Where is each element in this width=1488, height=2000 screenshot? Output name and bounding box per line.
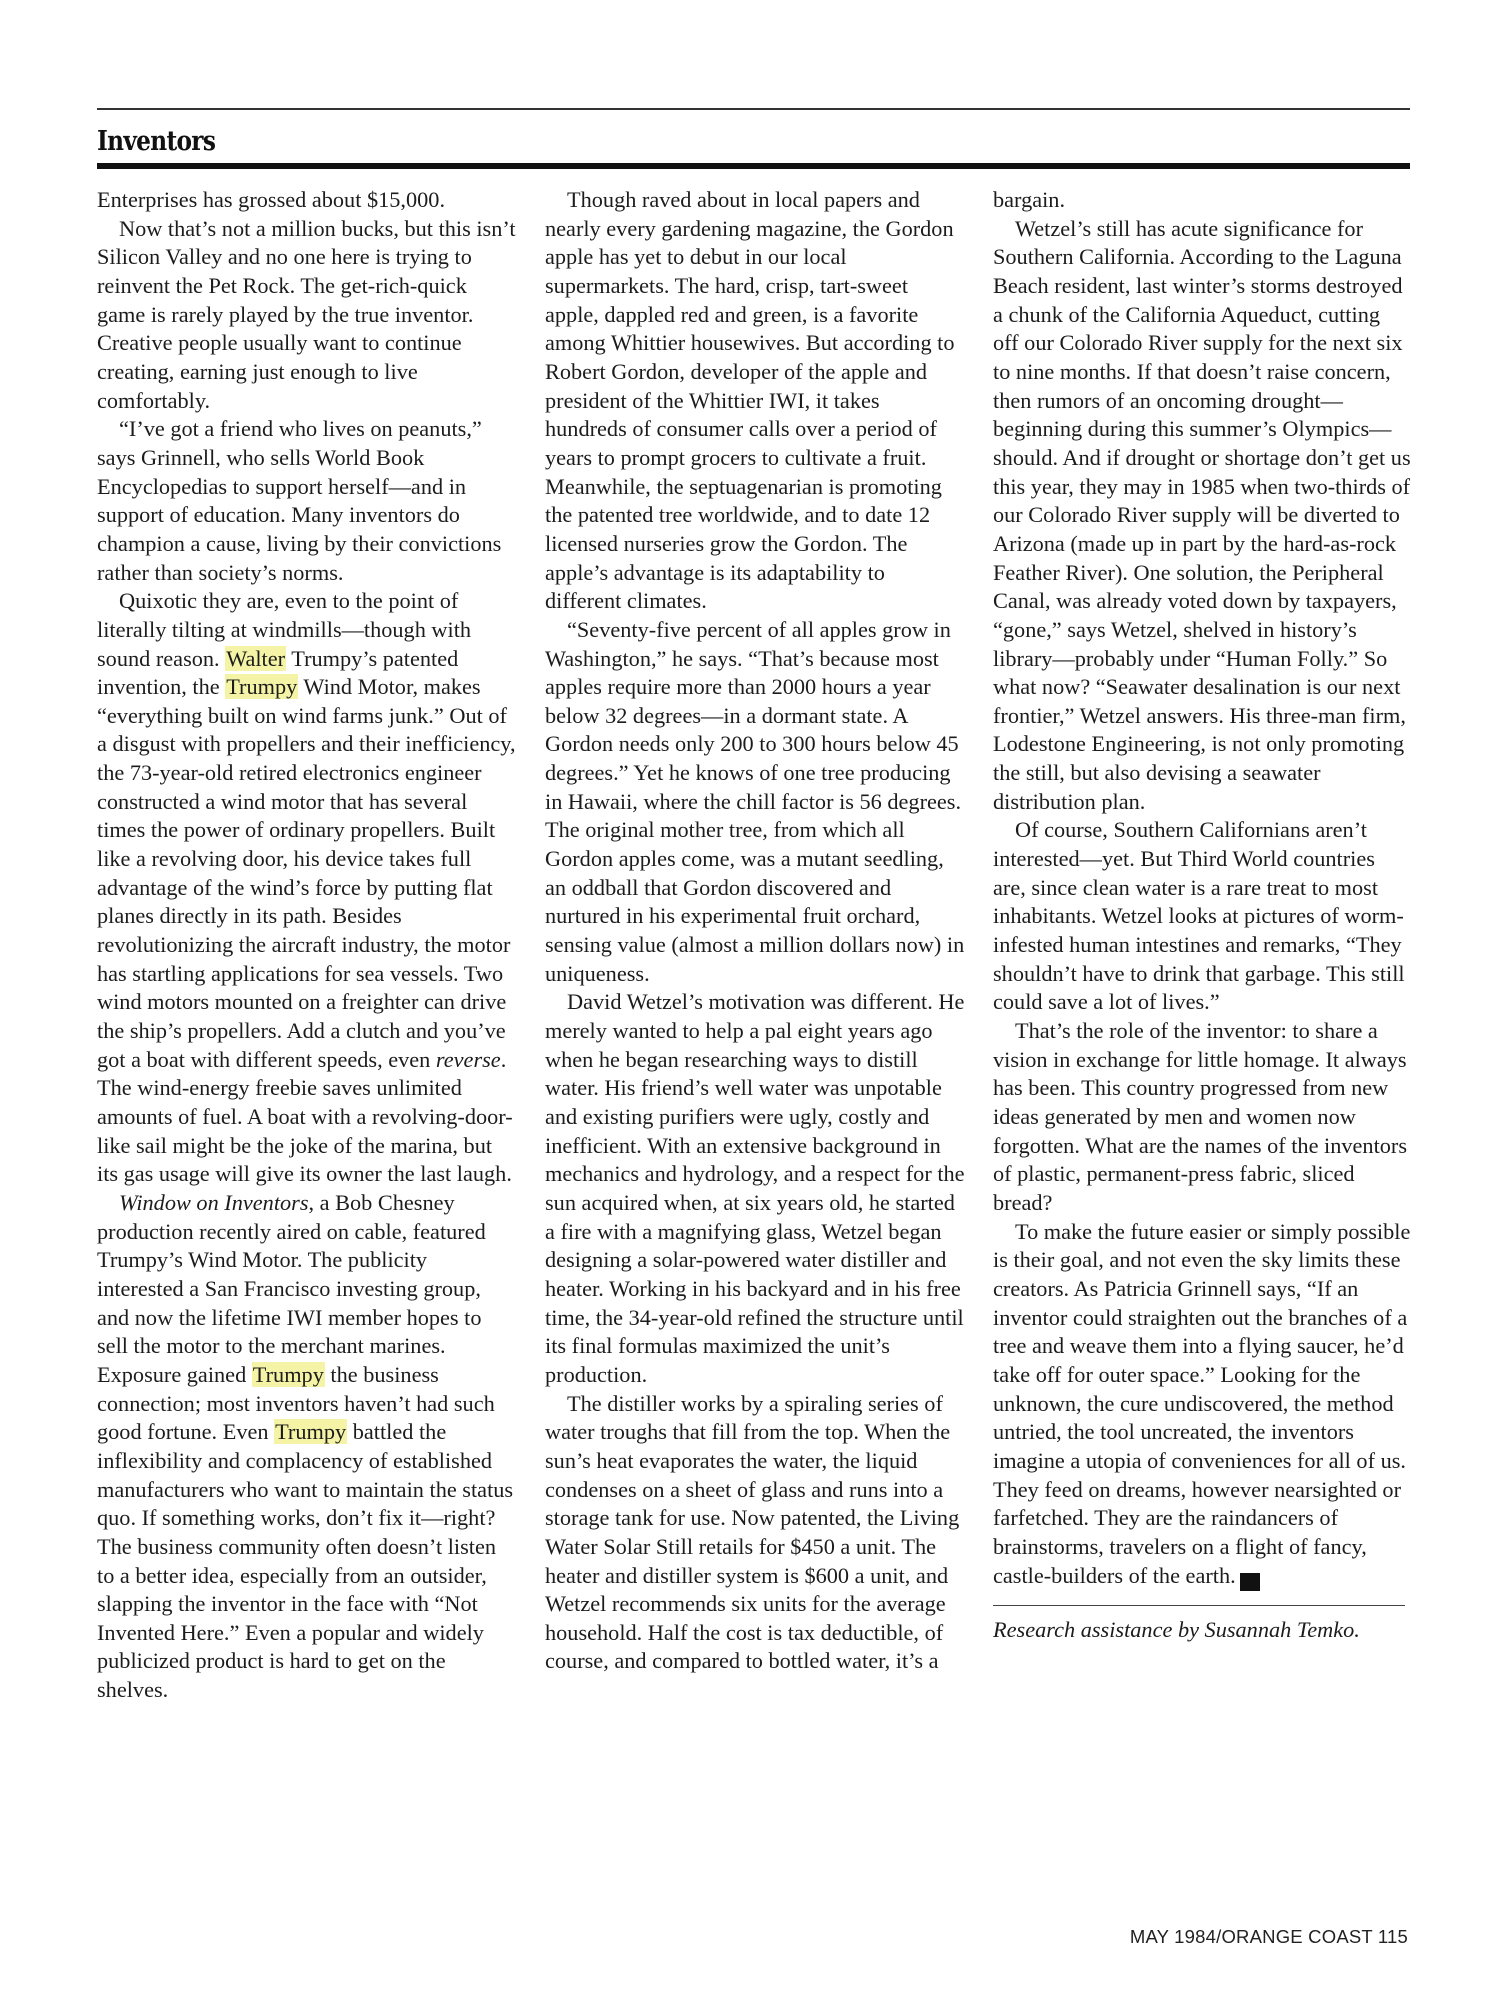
text: Of course, Southern Californians aren’t …	[993, 817, 1405, 1014]
text: To make the future easier or simply poss…	[993, 1219, 1410, 1588]
paragraph: Though raved about in local papers and n…	[545, 186, 965, 616]
paragraph: Of course, Southern Californians aren’t …	[993, 816, 1411, 1017]
text: David Wetzel’s motivation was different.…	[545, 989, 965, 1387]
text: Though raved about in local papers and n…	[545, 187, 955, 613]
research-credit: Research assistance by Susannah Temko.	[993, 1616, 1411, 1645]
orange-coast-end-mark-icon: OC	[1240, 1573, 1260, 1591]
top-rule	[97, 108, 1410, 110]
text: “I’ve got a friend who lives on peanuts,…	[97, 416, 501, 584]
paragraph: bargain.	[993, 186, 1411, 215]
paragraph: Wetzel’s still has acute significance fo…	[993, 215, 1411, 817]
highlighted-text: Trumpy	[274, 1419, 347, 1444]
text: “Seventy-five percent of all apples grow…	[545, 617, 964, 986]
paragraph: Quixotic they are, even to the point of …	[97, 587, 517, 1189]
paragraph: To make the future easier or simply poss…	[993, 1218, 1411, 1591]
heading-rule	[97, 163, 1410, 169]
italic-text: Window on Inventors	[119, 1190, 309, 1215]
paragraph: That’s the role of the inventor: to shar…	[993, 1017, 1411, 1218]
text: Wetzel’s still has acute significance fo…	[993, 216, 1411, 814]
highlighted-text: Trumpy	[225, 674, 298, 699]
text: , a Bob Chesney production recently aire…	[97, 1190, 486, 1387]
text: The distiller works by a spiraling serie…	[545, 1391, 959, 1674]
italic-text: reverse	[436, 1047, 501, 1072]
page-footer: MAY 1984/ORANGE COAST 115	[1130, 1926, 1408, 1948]
highlighted-text: Trumpy	[252, 1362, 325, 1387]
text: Wind Motor, makes “everything built on w…	[97, 674, 516, 1072]
paragraph: Now that’s not a million bucks, but this…	[97, 215, 517, 416]
highlighted-text: Walter	[225, 646, 286, 671]
paragraph: The distiller works by a spiraling serie…	[545, 1390, 965, 1677]
paragraph: “I’ve got a friend who lives on peanuts,…	[97, 415, 517, 587]
paragraph: Window on Inventors, a Bob Chesney produ…	[97, 1189, 517, 1705]
paragraph: “Seventy-five percent of all apples grow…	[545, 616, 965, 989]
text: That’s the role of the inventor: to shar…	[993, 1018, 1407, 1215]
text: battled the inflexibility and complacenc…	[97, 1419, 513, 1702]
text: Enterprises has grossed about $15,000.	[97, 187, 445, 212]
section-title: Inventors	[97, 126, 215, 157]
paragraph: David Wetzel’s motivation was different.…	[545, 988, 965, 1389]
column-1: Enterprises has grossed about $15,000.No…	[97, 186, 517, 1705]
paragraph: Enterprises has grossed about $15,000.	[97, 186, 517, 215]
column-2: Though raved about in local papers and n…	[545, 186, 965, 1676]
credit-divider	[993, 1605, 1405, 1606]
column-3: bargain.Wetzel’s still has acute signifi…	[993, 186, 1411, 1644]
text: bargain.	[993, 187, 1065, 212]
text: Now that’s not a million bucks, but this…	[97, 216, 516, 413]
